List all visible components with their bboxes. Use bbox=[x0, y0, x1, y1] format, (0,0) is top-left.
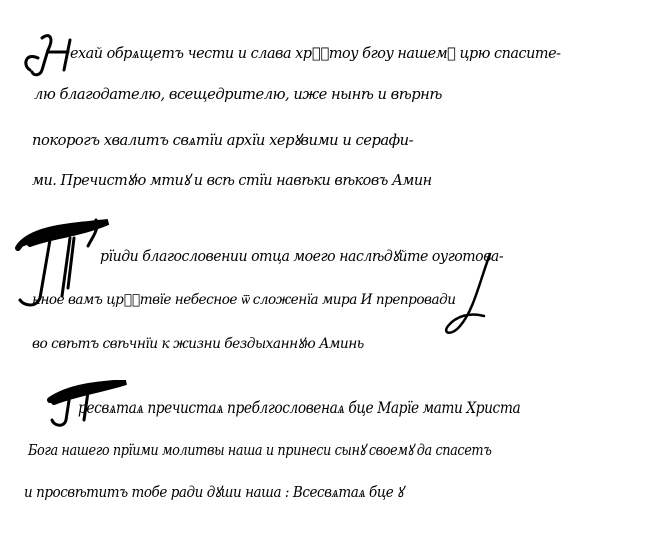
manuscript-page: ехай обрѧщетъ чести и слава хрⷭ҇тоу бгоу… bbox=[0, 0, 651, 540]
manuscript-line: лю благодателю, всещедрителю, иже нынѣ и… bbox=[34, 85, 442, 103]
manuscript-line: во свѣтъ свѣчнїи к жизни бездыханнꙋю Ами… bbox=[32, 334, 364, 353]
manuscript-line: и просвѣтитъ тобе ради дꙋши наша : Всесв… bbox=[24, 482, 403, 502]
manuscript-line: ехай обрѧщетъ чести и слава хрⷭ҇тоу бгоу… bbox=[70, 44, 561, 63]
loop-flourish bbox=[440, 250, 500, 340]
manuscript-line: ресвѧтаѧ пречистаѧ преблгословенаѧ бце М… bbox=[78, 398, 520, 418]
manuscript-line: ми. Пречистꙋю мтиꙋ и всѣ стїи навѣки вѣк… bbox=[32, 170, 432, 190]
manuscript-line: нное вамъ црⷭ҇твїе небесное ѿ сложенїа м… bbox=[32, 292, 455, 309]
manuscript-line: Бога нашего прїими молитвы наша и принес… bbox=[28, 440, 491, 460]
manuscript-line: покорогъ хвалитъ свѧтїи архїи херꙋвими и… bbox=[32, 130, 413, 150]
